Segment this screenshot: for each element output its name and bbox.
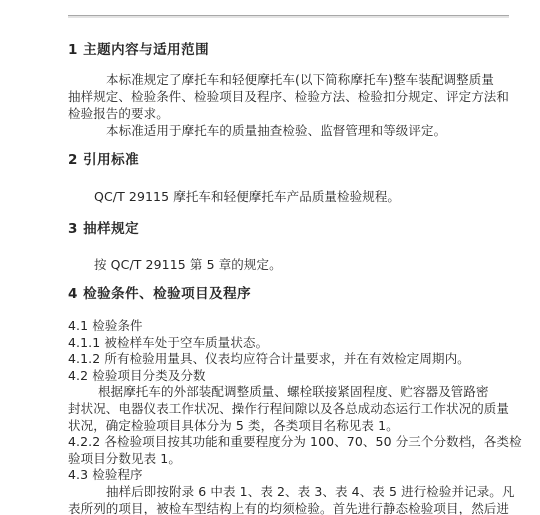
text-line: 本标准规定了摩托车和轻便摩托车(以下简称摩托车)整车装配调整质量 bbox=[68, 71, 509, 88]
section-3-body: 按 QC/T 29115 第 5 章的规定。 bbox=[68, 256, 509, 273]
section-4-heading: 4 检验条件、检验项目及程序 bbox=[68, 286, 509, 302]
text-line: 4.1.2 所有检验用量具、仪表均应符合计量要求，并在有效检定周期内。 bbox=[68, 351, 509, 368]
text-line: 4.1 检验条件 bbox=[68, 318, 509, 335]
text-line: 状况，确定检验项目具体分为 5 类，各类项目名称见表 1。 bbox=[68, 418, 509, 435]
text-line: QC/T 29115 摩托车和轻便摩托车产品质量检验规程。 bbox=[68, 188, 509, 205]
section-2-heading: 2 引用标准 bbox=[68, 152, 509, 168]
top-divider bbox=[68, 15, 509, 18]
section-2-body: QC/T 29115 摩托车和轻便摩托车产品质量检验规程。 bbox=[68, 188, 509, 205]
text-line: 4.3 检验程序 bbox=[68, 467, 509, 484]
text-line: 4.2 检验项目分类及分数 bbox=[68, 368, 509, 385]
section-4-body: 4.1 检验条件 4.1.1 被检样车处于空车质量状态。 4.1.2 所有检验用… bbox=[68, 318, 509, 515]
text-line: 检验报告的要求。 bbox=[68, 105, 509, 122]
section-3-heading: 3 抽样规定 bbox=[68, 221, 509, 237]
text-line: 表所列的项目，被检车型结构上有的均须检验。首先进行静态检验项目，然后进 bbox=[68, 501, 509, 515]
text-line: 根据摩托车的外部装配调整质量、螺栓联接紧固程度、贮容器及管路密 bbox=[68, 384, 509, 401]
text-line: 验项目分数见表 1。 bbox=[68, 451, 509, 468]
section-1-heading: 1 主题内容与适用范围 bbox=[68, 42, 509, 58]
text-line: 本标准适用于摩托车的质量抽查检验、监督管理和等级评定。 bbox=[68, 122, 509, 139]
document-page: 1 主题内容与适用范围 本标准规定了摩托车和轻便摩托车(以下简称摩托车)整车装配… bbox=[68, 15, 509, 515]
text-line: 抽样规定、检验条件、检验项目及程序、检验方法、检验扣分规定、评定方法和 bbox=[68, 88, 509, 105]
text-line: 抽样后即按附录 6 中表 1、表 2、表 3、表 4、表 5 进行检验并记录。凡 bbox=[68, 484, 509, 501]
text-line: 4.2.2 各检验项目按其功能和重要程度分为 100、70、50 分三个分数档，… bbox=[68, 434, 509, 451]
section-1-body: 本标准规定了摩托车和轻便摩托车(以下简称摩托车)整车装配调整质量 抽样规定、检验… bbox=[68, 71, 509, 139]
text-line: 按 QC/T 29115 第 5 章的规定。 bbox=[68, 256, 509, 273]
text-line: 封状况、电器仪表工作状况、操作行程间隙以及各总成动态运行工作状况的质量 bbox=[68, 401, 509, 418]
text-line: 4.1.1 被检样车处于空车质量状态。 bbox=[68, 335, 509, 352]
